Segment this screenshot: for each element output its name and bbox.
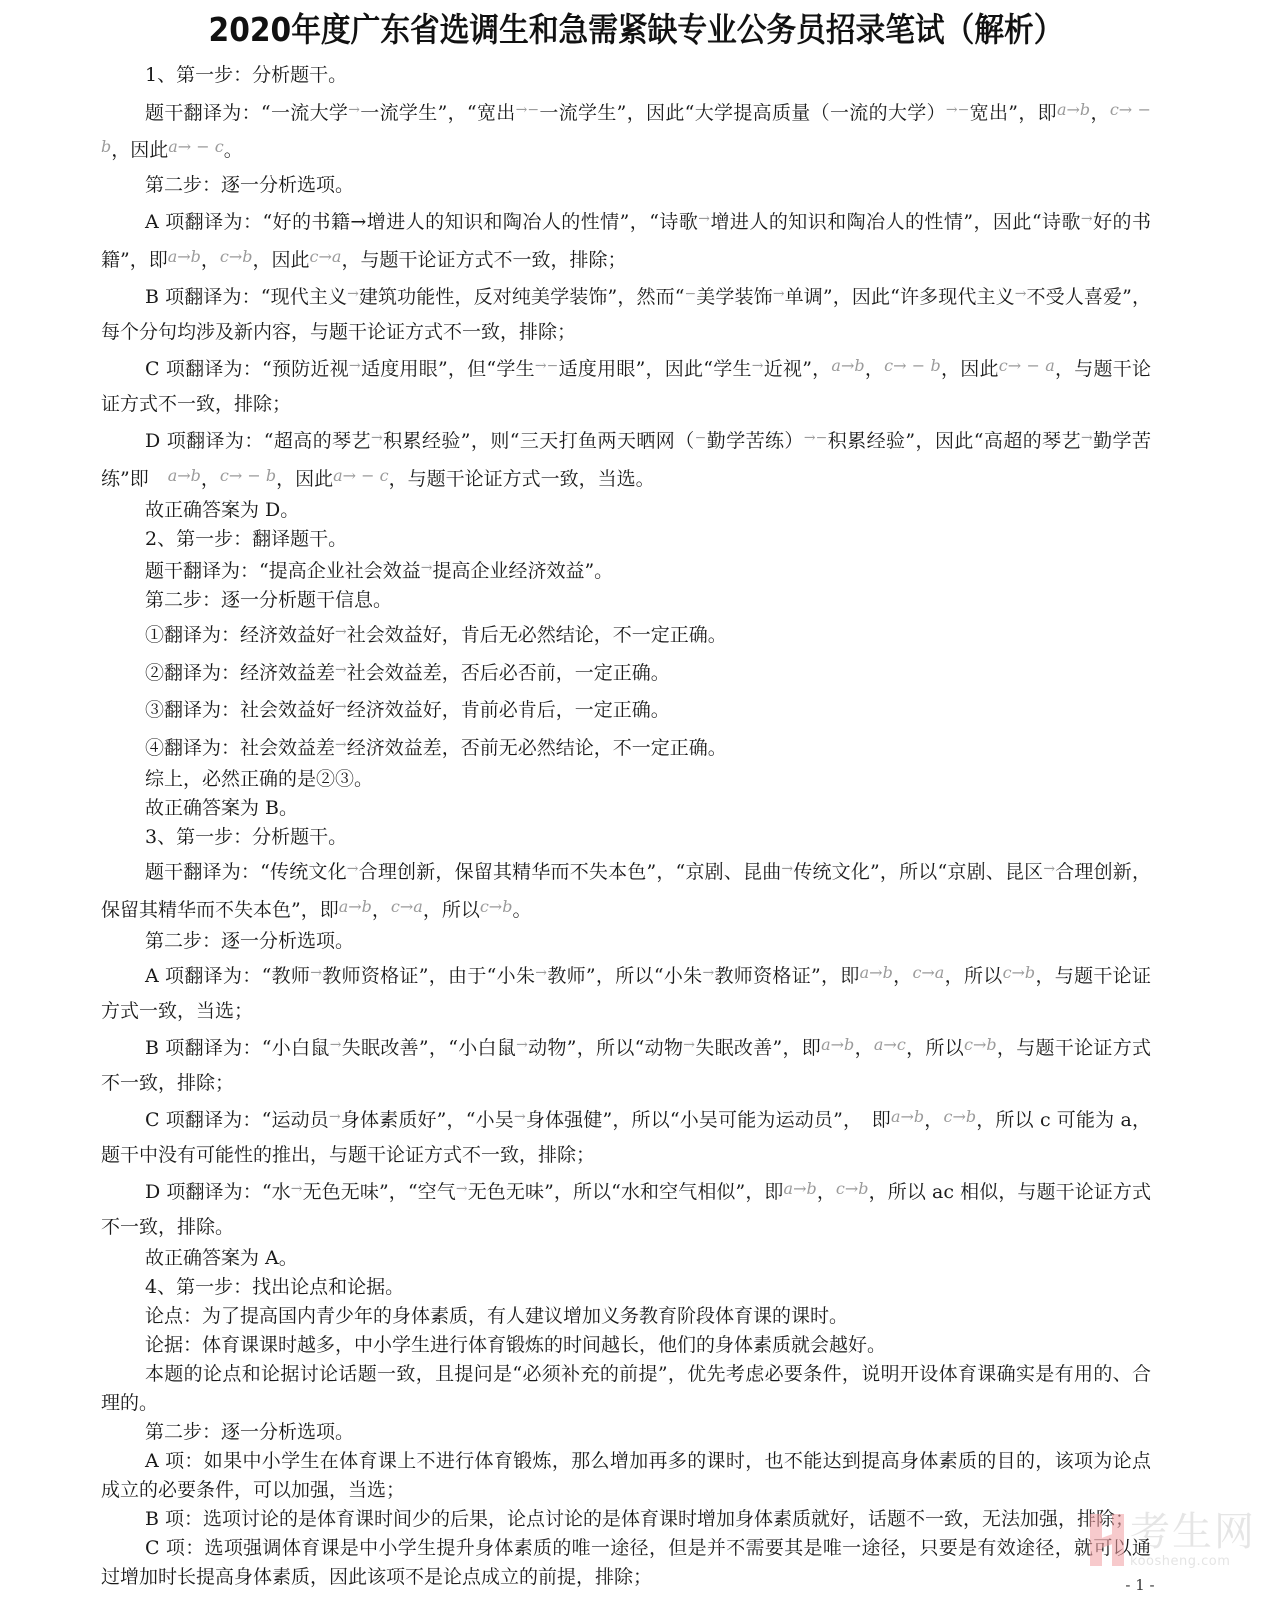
arrow-icon: →− — [516, 102, 539, 118]
logic-formula: c→a — [310, 247, 342, 266]
watermark: 考生网 koosheng.com — [1090, 1510, 1270, 1580]
text-run: 传统文化”，所以“京剧、昆区 — [793, 861, 1043, 883]
text-run: 社会效益差，否后必否前，一定正确。 — [347, 662, 670, 684]
text-run: ，因此 — [941, 358, 999, 380]
text-run: B 项：选项讨论的是体育课时间少的后果，论点讨论的是体育课时增加身体素质就好，话… — [145, 1508, 1134, 1530]
paragraph: 2、第一步：翻译题干。 — [101, 525, 1151, 554]
arrow-icon: → — [347, 861, 359, 877]
arrow-icon: → — [683, 1037, 695, 1053]
text-run: ， — [854, 1037, 874, 1059]
paragraph: ③翻译为：社会效益好→经济效益好，肯前必肯后，一定正确。 — [101, 690, 1151, 728]
page-title: 2020年度广东省选调生和急需紧缺专业公务员招录笔试（解析） — [64, 8, 1209, 52]
text-run: 。 — [512, 899, 531, 921]
text-run: 。 — [224, 139, 243, 161]
logic-formula: c→b — [480, 897, 513, 916]
arrow-icon: → — [335, 737, 347, 753]
logic-formula: a→b — [168, 247, 201, 266]
paragraph: 3、第一步：分析题干。 — [101, 823, 1151, 852]
logic-formula: a→b — [860, 963, 893, 982]
text-run: A 项翻译为：“好的书籍→增进人的知识和陶冶人的性情”，“诗歌 — [145, 211, 698, 233]
paragraph: 1、第一步：分析题干。 — [101, 58, 1151, 93]
text-run: 动物”，所以“动物 — [528, 1037, 683, 1059]
arrow-icon: →− — [535, 358, 558, 374]
paragraph: 第二步：逐一分析选项。 — [101, 1418, 1151, 1447]
paragraph: A 项：如果中小学生在体育课上不进行体育锻炼，那么增加再多的课时，也不能达到提高… — [101, 1447, 1151, 1505]
logic-formula: a→ − c — [333, 466, 388, 485]
paragraph: ④翻译为：社会效益差→经济效益差，否前无必然结论，不一定正确。 — [101, 728, 1151, 766]
arrow-icon: − — [695, 430, 707, 446]
text-run: ， — [817, 1181, 836, 1203]
paragraph: 故正确答案为 D。 — [101, 496, 1151, 525]
question-section-2: 2、第一步：翻译题干。题干翻译为：“提高企业社会效益→提高企业经济效益”。第二步… — [101, 525, 1151, 823]
paragraph: 题干翻译为：“提高企业社会效益→提高企业经济效益”。 — [101, 554, 1151, 586]
paragraph: 论点：为了提高国内青少年的身体素质，有人建议增加义务教育阶段体育课的课时。 — [101, 1302, 1151, 1331]
paragraph: 故正确答案为 B。 — [101, 794, 1151, 823]
text-run: 身体强健”，所以“小吴可能为运动员”， 即 — [526, 1109, 891, 1131]
paragraph: 综上，必然正确的是②③。 — [101, 765, 1151, 794]
document-body: 1、第一步：分析题干。题干翻译为：“一流大学→一流学生”，“宽出→−一流学生”，… — [101, 58, 1151, 1592]
paragraph: 题干翻译为：“一流大学→一流学生”，“宽出→−一流学生”，因此“大学提高质量（一… — [101, 93, 1151, 168]
text-run: A 项翻译为：“教师 — [145, 965, 310, 987]
text-run: 教师”，所以“小朱 — [547, 965, 702, 987]
text-run: ，与题干论证方式一致，当选。 — [389, 468, 655, 490]
text-run: 题干翻译为：“提高企业社会效益 — [145, 560, 421, 582]
logic-formula: a→b — [784, 1179, 817, 1198]
paragraph: D 项翻译为：“水→无色无味”，“空气→无色无味”，所以“水和空气相似”，即a→… — [101, 1172, 1151, 1244]
text-run: 身体素质好”，“小吴 — [341, 1109, 514, 1131]
paragraph: 第二步：逐一分析选项。 — [101, 168, 1151, 203]
paragraph: A 项翻译为：“教师→教师资格证”，由于“小朱→教师”，所以“小朱→教师资格证”… — [101, 956, 1151, 1028]
logic-formula: a→b — [831, 356, 864, 375]
paragraph: 故正确答案为 A。 — [101, 1244, 1151, 1273]
text-run: 2、第一步：翻译题干。 — [145, 528, 347, 550]
arrow-icon: → — [310, 965, 322, 981]
paragraph: B 项：选项讨论的是体育课时间少的后果，论点讨论的是体育课时增加身体素质就好，话… — [101, 1505, 1151, 1534]
text-run: B 项翻译为：“现代主义 — [145, 286, 347, 308]
watermark-text: 考生网 — [1130, 1510, 1256, 1554]
logic-formula: a→b — [1057, 100, 1090, 119]
text-run: 论据：体育课课时越多，中小学生进行体育锻炼的时间越长，他们的身体素质就会越好。 — [145, 1334, 886, 1356]
arrow-icon: →− — [804, 430, 827, 446]
paragraph: 第二步：逐一分析选项。 — [101, 927, 1151, 956]
arrow-icon: → — [1081, 430, 1093, 446]
logic-formula: a→c — [874, 1035, 906, 1054]
text-run: 题干翻译为：“传统文化 — [145, 861, 347, 883]
text-run: 增进人的知识和陶冶人的性情”，因此“诗歌 — [710, 211, 1081, 233]
text-run: B 项翻译为：“小白鼠 — [145, 1037, 330, 1059]
text-run: ，所以 — [944, 965, 1002, 987]
paragraph: 本题的论点和论据讨论话题一致，且提问是“必须补充的前提”，优先考虑必要条件，说明… — [101, 1360, 1151, 1418]
text-run: ，所以 — [423, 899, 480, 921]
text-run: 第二步：逐一分析选项。 — [145, 930, 354, 952]
text-run: 近视”， — [763, 358, 831, 380]
text-run: 美学装饰 — [696, 286, 773, 308]
text-run: 一流学生”，“宽出 — [360, 102, 516, 124]
arrow-icon: → — [335, 624, 347, 640]
text-run: 无色无味”，“空气 — [302, 1181, 455, 1203]
arrow-icon: → — [348, 102, 360, 118]
arrow-icon: → — [349, 358, 361, 374]
paragraph: ②翻译为：经济效益差→社会效益差，否后必否前，一定正确。 — [101, 653, 1151, 691]
arrow-icon: → — [702, 965, 714, 981]
arrow-icon: → — [773, 286, 785, 302]
text-run: D 项翻译为：“超高的琴艺 — [145, 430, 371, 452]
text-run: 积累经验”，则“三天打鱼两天晒网（ — [383, 430, 695, 452]
koosheng-logo-icon — [1090, 1514, 1124, 1566]
text-run: ③翻译为：社会效益好 — [145, 699, 335, 721]
text-run: 第二步：逐一分析选项。 — [145, 174, 354, 196]
watermark-url: koosheng.com — [1130, 1554, 1230, 1569]
question-section-4: 4、第一步：找出论点和论据。论点：为了提高国内青少年的身体素质，有人建议增加义务… — [101, 1273, 1151, 1592]
text-run: ， — [924, 1109, 943, 1131]
text-run: A 项：如果中小学生在体育课上不进行体育锻炼，那么增加再多的课时，也不能达到提高… — [101, 1450, 1151, 1501]
paragraph: C 项：选项强调体育课是中小学生提升身体素质的唯一途径，但是并不需要其是唯一途径… — [101, 1534, 1151, 1592]
arrow-icon: → — [781, 861, 793, 877]
text-run: 适度用眼”，但“学生 — [361, 358, 535, 380]
arrow-icon: − — [684, 286, 696, 302]
text-run: 3、第一步：分析题干。 — [145, 826, 347, 848]
text-run: 4、第一步：找出论点和论据。 — [145, 1276, 404, 1298]
text-run: 失眠改善”，“小白鼠 — [341, 1037, 516, 1059]
text-run: 本题的论点和论据讨论话题一致，且提问是“必须补充的前提”，优先考虑必要条件，说明… — [101, 1363, 1151, 1414]
text-run: 1、第一步：分析题干。 — [145, 64, 347, 86]
text-run: 建筑功能性，反对纯美学装饰”，然而“ — [359, 286, 685, 308]
text-run: 第二步：逐一分析选项。 — [145, 1421, 354, 1443]
arrow-icon: → — [1043, 861, 1055, 877]
text-run: ，因此 — [276, 468, 333, 490]
logic-formula: c→ − b — [884, 356, 941, 375]
arrow-icon: → — [752, 358, 764, 374]
paragraph: D 项翻译为：“超高的琴艺→积累经验”，则“三天打鱼两天晒网（−勤学苦练）→−积… — [101, 421, 1151, 496]
arrow-icon: → — [698, 211, 710, 227]
text-run: 经济效益好，肯前必肯后，一定正确。 — [347, 699, 670, 721]
arrow-icon: → — [330, 1037, 342, 1053]
text-run: 提高企业经济效益”。 — [432, 560, 613, 582]
text-run: 教师资格证”，由于“小朱 — [322, 965, 535, 987]
arrow-icon: → — [516, 1037, 528, 1053]
arrow-icon: → — [347, 286, 359, 302]
paragraph: B 项翻译为：“小白鼠→失眠改善”，“小白鼠→动物”，所以“动物→失眠改善”，即… — [101, 1028, 1151, 1100]
arrow-icon: → — [535, 965, 547, 981]
text-run: 故正确答案为 D。 — [145, 499, 299, 521]
page-number: - 1 - — [1110, 1576, 1170, 1594]
text-run: ，因此 — [253, 249, 310, 271]
logic-formula: a→b — [339, 897, 372, 916]
logic-formula: c→a — [912, 963, 944, 982]
paragraph: B 项翻译为：“现代主义→建筑功能性，反对纯美学装饰”，然而“−美学装饰→单调”… — [101, 277, 1151, 349]
text-run: ④翻译为：社会效益差 — [145, 737, 335, 759]
text-run: 一流学生”，因此“大学提高质量（一流的大学） — [539, 102, 946, 124]
arrow-icon: → — [421, 560, 433, 576]
text-run: 社会效益好，肯后无必然结论，不一定正确。 — [347, 624, 727, 646]
text-run: 教师资格证”，即 — [714, 965, 859, 987]
logic-formula: a→b — [821, 1035, 854, 1054]
arrow-icon: → — [1015, 286, 1027, 302]
arrow-icon: → — [335, 662, 347, 678]
arrow-icon: → — [1081, 211, 1093, 227]
question-section-1: 1、第一步：分析题干。题干翻译为：“一流大学→一流学生”，“宽出→−一流学生”，… — [101, 58, 1151, 525]
text-run: 适度用眼”，因此“学生 — [558, 358, 751, 380]
text-run: 失眠改善”，即 — [695, 1037, 821, 1059]
arrow-icon: → — [456, 1181, 468, 1197]
text-run: 勤学苦练） — [706, 430, 804, 452]
text-run: 故正确答案为 A。 — [145, 1247, 298, 1269]
text-run: 宽出”，即 — [969, 102, 1057, 124]
text-run: ， — [201, 468, 220, 490]
text-run: ，与题干论证方式不一致，排除； — [341, 249, 626, 271]
text-run: ， — [201, 249, 220, 271]
text-run: 题干翻译为：“一流大学 — [145, 102, 348, 124]
logic-formula: a→b — [891, 1107, 924, 1126]
text-run: ， — [1090, 102, 1110, 124]
arrow-icon: → — [371, 430, 383, 446]
question-section-3: 3、第一步：分析题干。题干翻译为：“传统文化→合理创新，保留其精华而不失本色”，… — [101, 823, 1151, 1273]
logic-formula: c→b — [943, 1107, 976, 1126]
text-run: ，所以 — [906, 1037, 964, 1059]
text-run: 积累经验”，因此“高超的琴艺 — [827, 430, 1081, 452]
paragraph: A 项翻译为：“好的书籍→增进人的知识和陶冶人的性情”，“诗歌→增进人的知识和陶… — [101, 202, 1151, 277]
text-run: 综上，必然正确的是②③。 — [145, 768, 373, 790]
arrow-icon: → — [335, 699, 347, 715]
text-run: 论点：为了提高国内青少年的身体素质，有人建议增加义务教育阶段体育课的课时。 — [145, 1305, 848, 1327]
text-run: 故正确答案为 B。 — [145, 797, 298, 819]
text-run: ， — [893, 965, 913, 987]
text-run: 第二步：逐一分析题干信息。 — [145, 589, 392, 611]
logic-formula: c→ − a — [999, 356, 1055, 375]
text-run: ， — [865, 358, 885, 380]
logic-formula: c→b — [836, 1179, 869, 1198]
text-run: 合理创新，保留其精华而不失本色”，“京剧、昆曲 — [359, 861, 782, 883]
logic-formula: c→b — [1003, 963, 1036, 982]
text-run: ②翻译为：经济效益差 — [145, 662, 335, 684]
paragraph: 4、第一步：找出论点和论据。 — [101, 1273, 1151, 1302]
paragraph: C 项翻译为：“运动员→身体素质好”，“小吴→身体强健”，所以“小吴可能为运动员… — [101, 1100, 1151, 1172]
logic-formula: c→b — [220, 247, 253, 266]
text-run: ，因此 — [111, 139, 168, 161]
paragraph: 题干翻译为：“传统文化→合理创新，保留其精华而不失本色”，“京剧、昆曲→传统文化… — [101, 852, 1151, 927]
text-run: 经济效益差，否前无必然结论，不一定正确。 — [347, 737, 727, 759]
paragraph: C 项翻译为：“预防近视→适度用眼”，但“学生→−适度用眼”，因此“学生→近视”… — [101, 349, 1151, 421]
arrow-icon: → — [514, 1109, 526, 1125]
logic-formula: c→b — [964, 1035, 997, 1054]
arrow-icon: →− — [946, 102, 969, 118]
arrow-icon: → — [329, 1109, 341, 1125]
logic-formula: c→a — [391, 897, 423, 916]
paragraph: 第二步：逐一分析题干信息。 — [101, 586, 1151, 615]
logic-formula: a→b — [168, 466, 201, 485]
text-run: C 项翻译为：“运动员 — [145, 1109, 329, 1131]
text-run: ， — [372, 899, 391, 921]
text-run: C 项翻译为：“预防近视 — [145, 358, 349, 380]
arrow-icon: → — [291, 1181, 303, 1197]
text-run: 单调”，因此“许多现代主义 — [785, 286, 1015, 308]
text-run: ①翻译为：经济效益好 — [145, 624, 335, 646]
text-run: C 项：选项强调体育课是中小学生提升身体素质的唯一途径，但是并不需要其是唯一途径… — [101, 1537, 1151, 1588]
paragraph: 论据：体育课课时越多，中小学生进行体育锻炼的时间越长，他们的身体素质就会越好。 — [101, 1331, 1151, 1360]
logic-formula: c→ − b — [220, 466, 276, 485]
logic-formula: a→ − c — [168, 137, 223, 156]
paragraph: ①翻译为：经济效益好→社会效益好，肯后无必然结论，不一定正确。 — [101, 615, 1151, 653]
text-run: 无色无味”，所以“水和空气相似”，即 — [468, 1181, 784, 1203]
text-run: D 项翻译为：“水 — [145, 1181, 291, 1203]
